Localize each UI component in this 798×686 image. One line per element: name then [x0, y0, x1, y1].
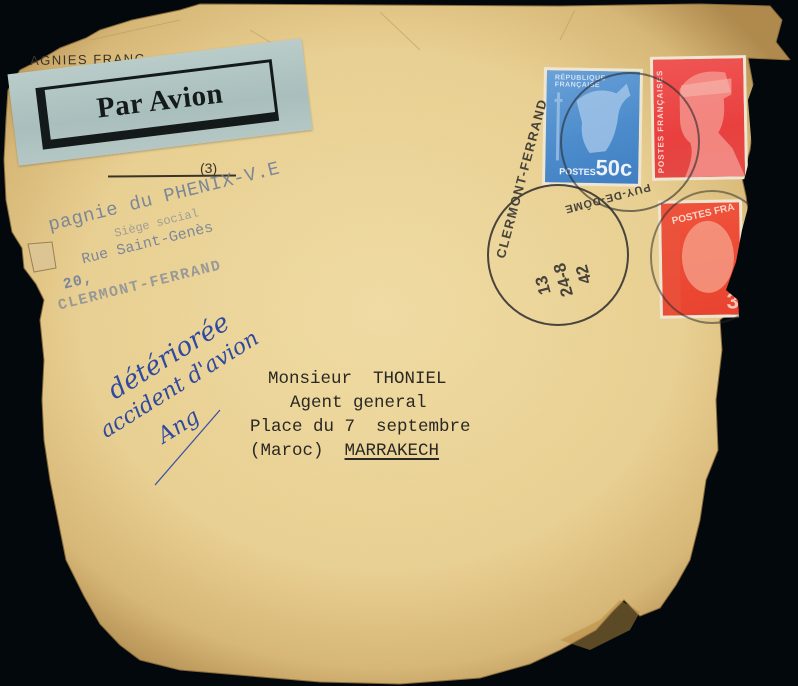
envelope-scene: AGNIES FRANÇ (3) Par Avion pagnie du PHE… — [0, 0, 798, 686]
torn-edge-overlay — [0, 0, 798, 686]
